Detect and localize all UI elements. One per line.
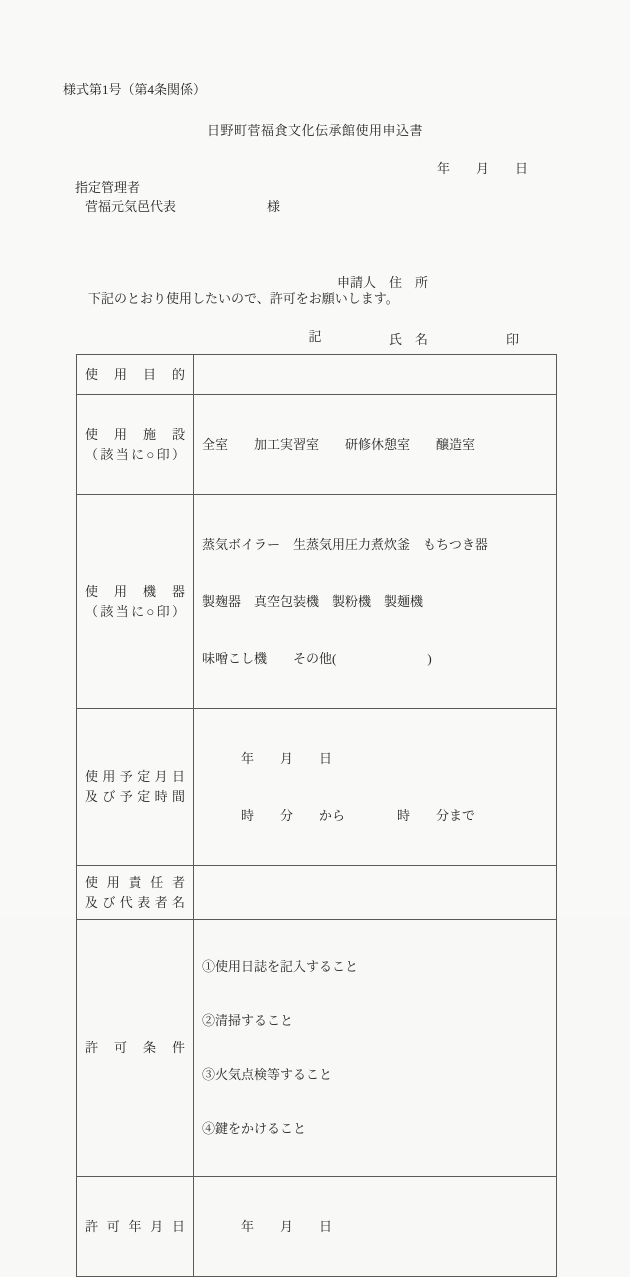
permit-condition-3: ③火気点検等すること [202, 1066, 548, 1084]
use-purpose-value-cell [194, 355, 557, 395]
permit-date-line: 年 月 日 [202, 1217, 548, 1236]
page-title: 日野町菅福食文化伝承館使用申込書 [0, 122, 630, 141]
use-facility-label-cell: 使用施設 （該当に○印） [77, 395, 194, 495]
use-equipment-label-note: （該当に○印） [85, 602, 185, 622]
scheduled-date-label-cell: 使用予定月日 及び予定時間 [77, 709, 194, 866]
responsible-person-label-line2: 及び代表者名 [85, 893, 185, 913]
application-form-page: 様式第1号（第4条関係） 日野町菅福食文化伝承館使用申込書 年 月 日 指定管理… [0, 0, 630, 916]
use-equipment-label-cell: 使用機器 （該当に○印） [77, 495, 194, 709]
responsible-person-value-cell [194, 866, 557, 920]
use-facility-label: 使用施設 [85, 425, 185, 445]
table-row-responsible-person: 使用責任者 及び代表者名 [77, 866, 557, 920]
representative-line: 菅福元気邑代表 様 [85, 198, 280, 217]
equipment-options-line2: 製麹器 真空包装機 製粉機 製麺機 [202, 592, 548, 611]
table-row-use-facility: 使用施設 （該当に○印） 全室 加工実習室 研修休憩室 醸造室 [77, 395, 557, 495]
use-equipment-value-cell: 蒸気ボイラー 生蒸気用圧力煮炊釜 もちつき器 製麹器 真空包装機 製粉機 製麺機… [194, 495, 557, 709]
intro-text: 下記のとおり使用したいので、許可をお願いします。 [75, 290, 399, 309]
ki-heading: 記 [0, 328, 630, 347]
use-purpose-label-cell: 使用目的 [77, 355, 194, 395]
designated-manager-label: 指定管理者 [75, 179, 140, 198]
responsible-person-label-cell: 使用責任者 及び代表者名 [77, 866, 194, 920]
permit-conditions-value-cell: ①使用日誌を記入すること ②清掃すること ③火気点検等すること ④鍵をかけること [194, 920, 557, 1177]
facility-options: 全室 加工実習室 研修休憩室 醸造室 [202, 435, 548, 454]
permit-conditions-label-cell: 許可条件 [77, 920, 194, 1177]
scheduled-date-label-line1: 使用予定月日 [85, 767, 185, 787]
responsible-person-label-line1: 使用責任者 [85, 873, 185, 893]
table-row-use-purpose: 使用目的 [77, 355, 557, 395]
equipment-options-line3: 味噌こし機 その他( ) [202, 649, 548, 668]
table-row-permit-date: 許可年月日 年 月 日 [77, 1177, 557, 1277]
permit-date-value-cell: 年 月 日 [194, 1177, 557, 1277]
permit-date-label: 許可年月日 [85, 1217, 185, 1237]
table-row-permit-conditions: 許可条件 ①使用日誌を記入すること ②清掃すること ③火気点検等すること ④鍵を… [77, 920, 557, 1177]
table-row-use-equipment: 使用機器 （該当に○印） 蒸気ボイラー 生蒸気用圧力煮炊釜 もちつき器 製麹器 … [77, 495, 557, 709]
scheduled-date-value-cell: 年 月 日 時 分 から 時 分まで [194, 709, 557, 866]
permit-condition-1: ①使用日誌を記入すること [202, 958, 548, 976]
use-equipment-label: 使用機器 [85, 582, 185, 602]
scheduled-date-line: 年 月 日 [202, 749, 548, 768]
scheduled-date-label-line2: 及び予定時間 [85, 787, 185, 807]
scheduled-time-line: 時 分 から 時 分まで [202, 806, 548, 825]
form-number: 様式第1号（第4条関係） [63, 81, 206, 100]
equipment-options-line1: 蒸気ボイラー 生蒸気用圧力煮炊釜 もちつき器 [202, 535, 548, 554]
use-facility-label-note: （該当に○印） [85, 445, 185, 465]
date-line: 年 月 日 [0, 160, 528, 179]
use-facility-value-cell: 全室 加工実習室 研修休憩室 醸造室 [194, 395, 557, 495]
table-row-scheduled-date-time: 使用予定月日 及び予定時間 年 月 日 時 分 から 時 分まで [77, 709, 557, 866]
permit-condition-2: ②清掃すること [202, 1012, 548, 1030]
use-purpose-label: 使用目的 [85, 365, 185, 385]
permit-condition-4: ④鍵をかけること [202, 1120, 548, 1138]
permit-conditions-label: 許可条件 [85, 1038, 185, 1058]
application-table: 使用目的 使用施設 （該当に○印） 全室 加工実習室 研修休憩室 醸造室 使用機… [76, 354, 557, 1277]
permit-date-label-cell: 許可年月日 [77, 1177, 194, 1277]
